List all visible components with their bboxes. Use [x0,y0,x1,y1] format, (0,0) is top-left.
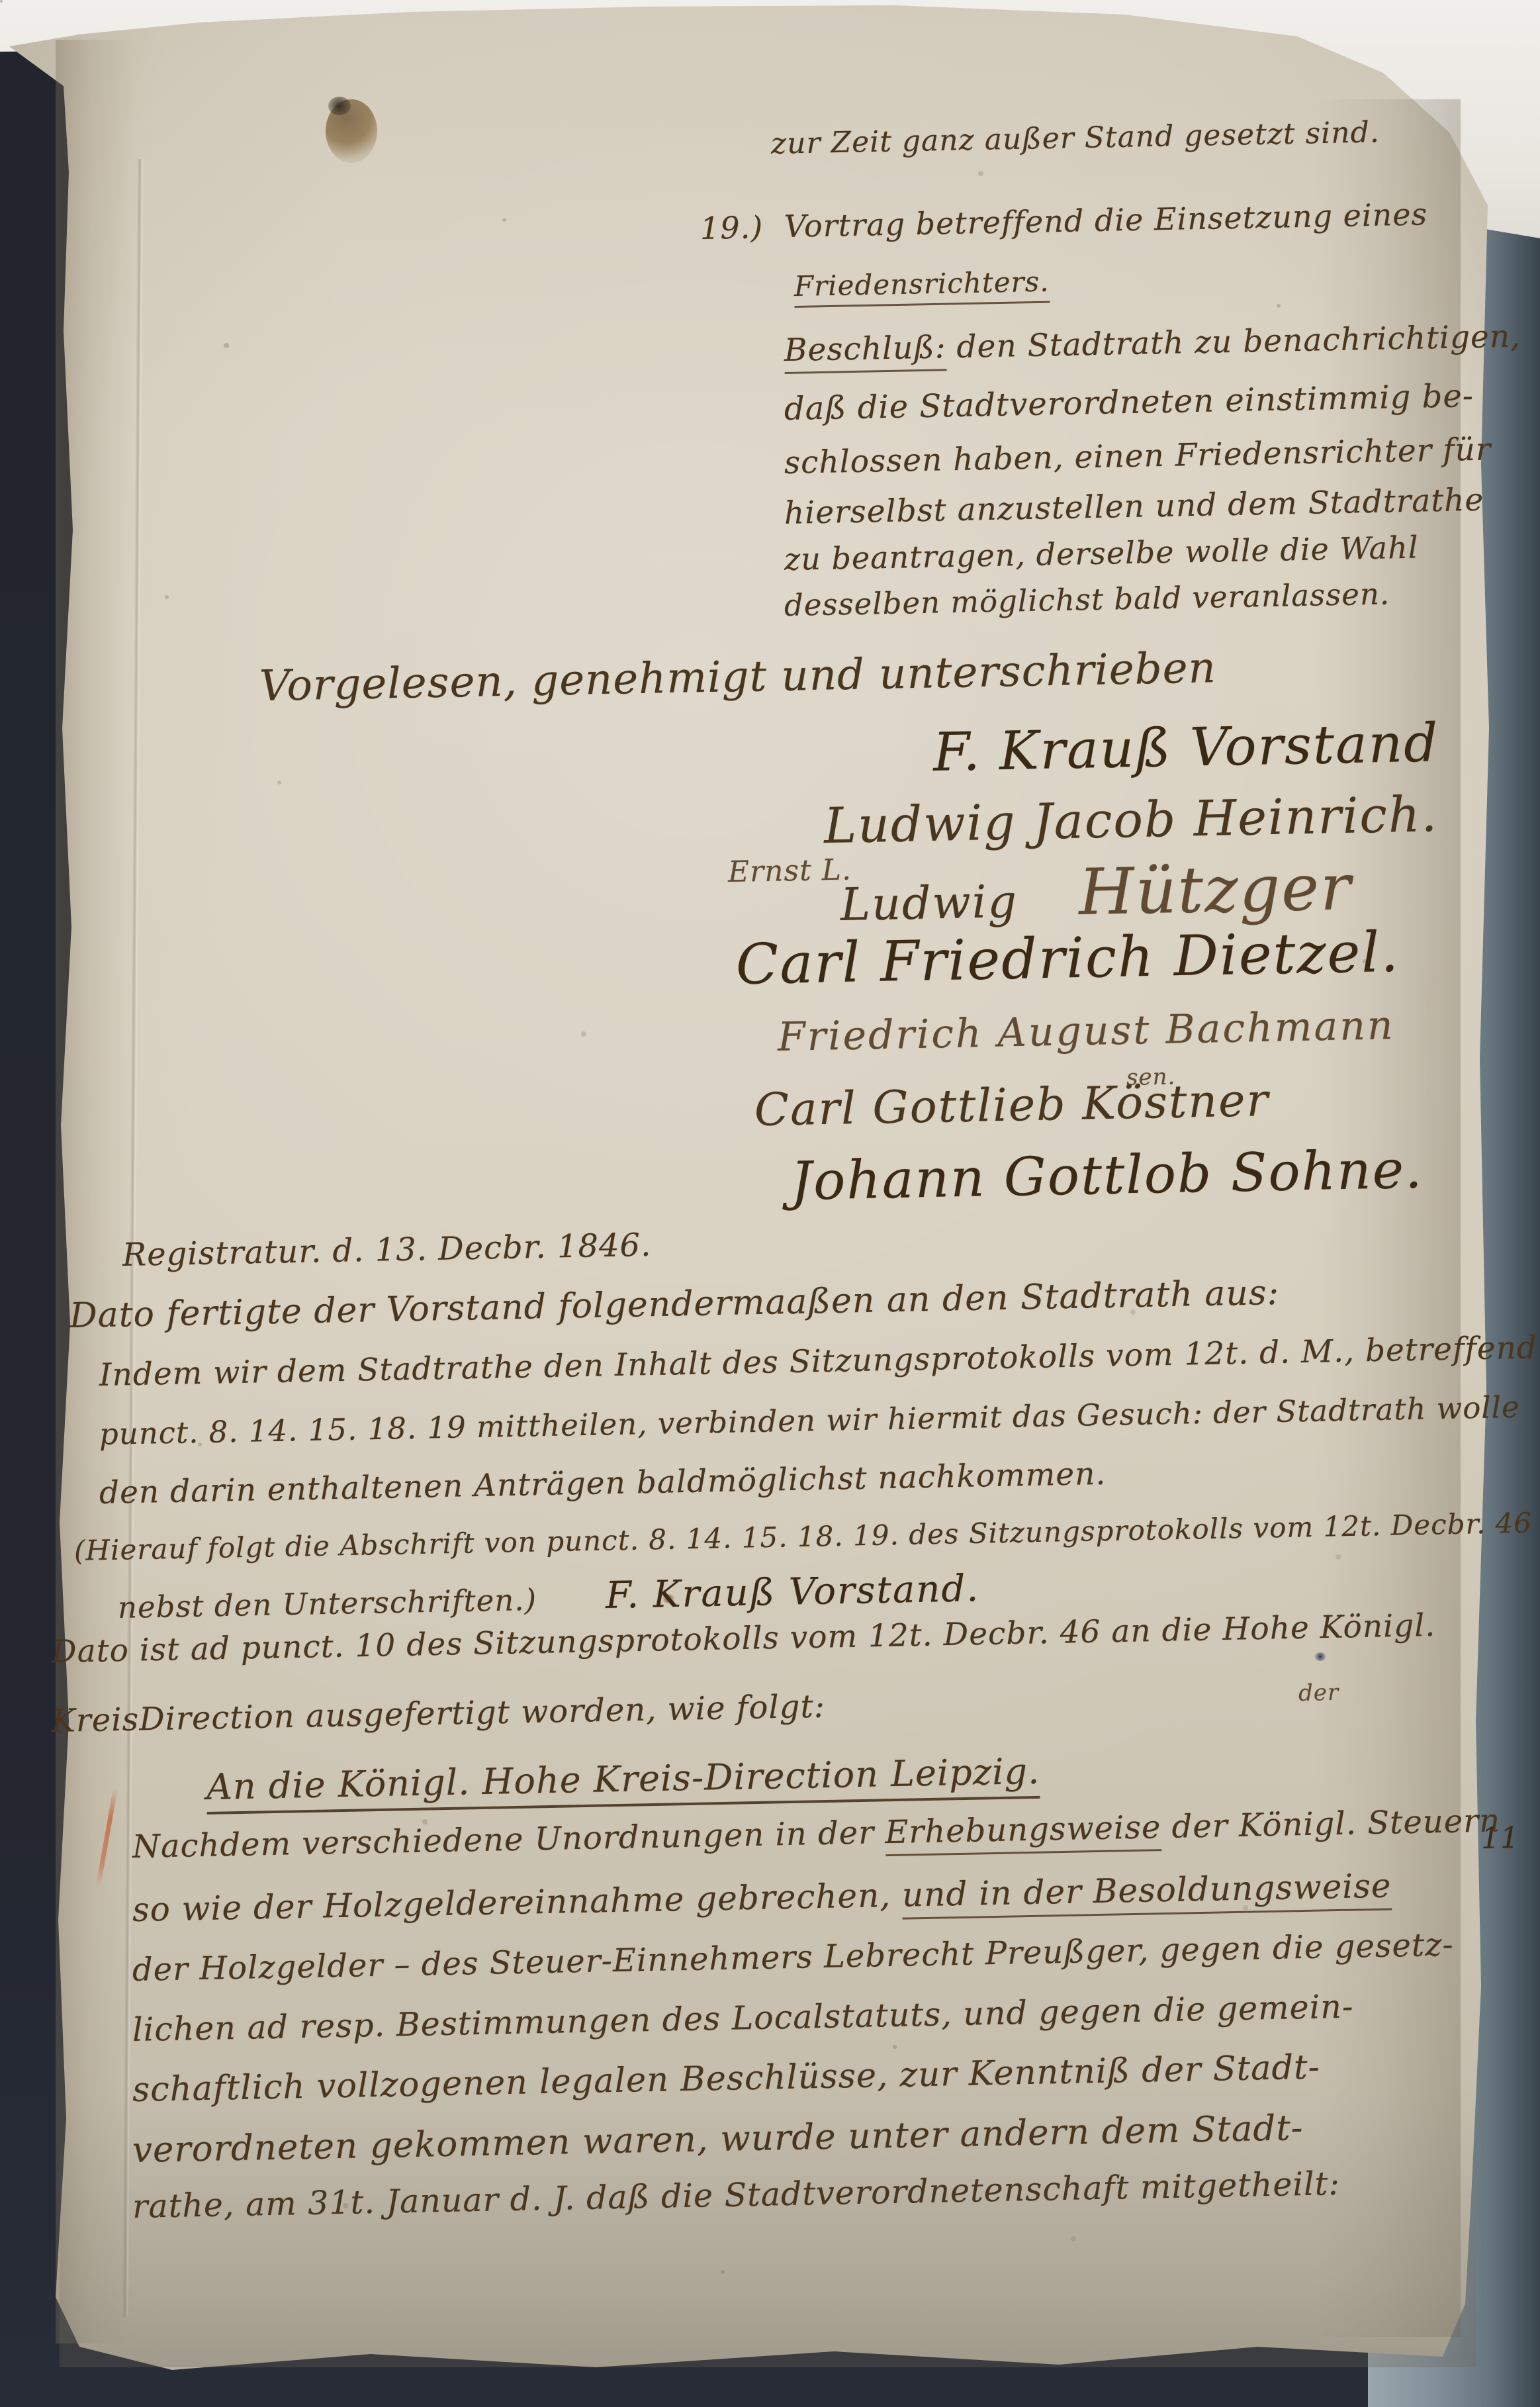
signature-heinrich: Ludwig Jacob Heinrich. [823,786,1439,855]
manuscript-scan: zur Zeit ganz außer Stand gesetzt sind. … [0,0,1540,2407]
resolution-label: Beschluß: [784,329,946,374]
agenda-item-subject: Friedensrichters. [793,265,1050,308]
signature-koestner-suffix: sen. [1126,1064,1176,1091]
agenda-item-number: 19.) [700,209,763,246]
signature-ludwig: Ludwig [840,876,1018,931]
signature-sohne: Johann Gottlob Sohne. [790,1139,1424,1212]
signature-dietzel: Carl Friedrich Dietzel. [735,920,1400,997]
letter-line-1c: der Königl. Steuern [1161,1802,1501,1846]
signature-huetzger: Hützger [1078,850,1353,929]
signature-koestner: Carl Gottlieb Köstner [754,1074,1269,1137]
letter-line-1b-underlined: Erhebungsweise [885,1809,1161,1856]
signature-vorstand: F. Krauß Vorstand [932,712,1439,783]
dispatch-insertion: der [1298,1679,1339,1707]
registratur-signature: F. Krauß Vorstand. [605,1567,979,1617]
signature-ernst-l: Ernst L. [728,853,852,889]
